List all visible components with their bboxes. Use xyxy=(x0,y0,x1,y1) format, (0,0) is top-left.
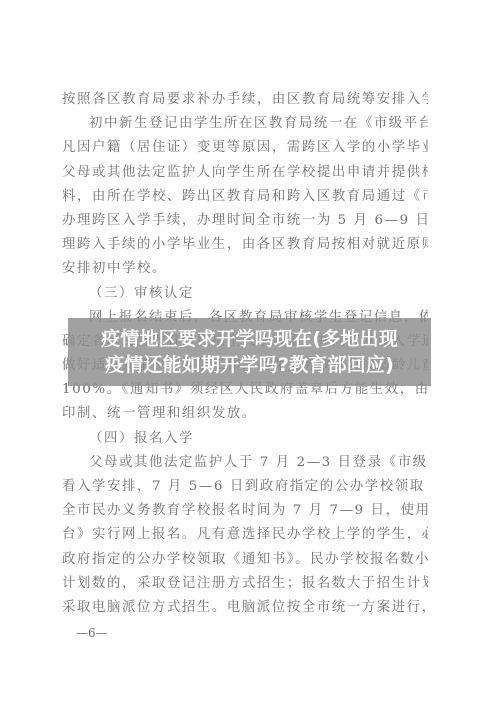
text-line: 台》实行网上报名。凡有意选择民办学校上学的学生，必须先到 xyxy=(62,523,428,547)
text-line: 办理跨区入学手续，办理时间全市统一为 5 月 6—9 日。对已办 xyxy=(62,209,428,233)
text-line: 安排初中学校。 xyxy=(62,257,428,281)
text-line: 全市民办义务教育学校报名时间为 7 月 7—9 日，使用《市级平 xyxy=(62,499,428,523)
headline-line-2: 疫情还能如期开学吗?教育部回应) xyxy=(105,352,394,378)
headline-line-1: 疫情地区要求开学吗现在(多地出现 xyxy=(101,326,398,352)
text-line: 采取电脑派位方式招生。电脑派位按全市统一方案进行，时间全 xyxy=(62,596,428,620)
text-line: 计划数的，采取登记注册方式招生；报名数大于招生计划数的， xyxy=(62,572,428,596)
page-number: —6— xyxy=(76,626,108,640)
text-line: 印制、统一管理和组织发放。 xyxy=(62,402,428,426)
section-heading-four: （四）报名入学 xyxy=(62,427,428,451)
text-line: 按照各区教育局要求补办手续，由区教育局统筹安排入学。 xyxy=(62,88,428,112)
text-line: 凡因户籍（居住证）变更等原因，需跨区入学的小学毕业生，其 xyxy=(62,136,428,160)
text-line: 父母或其他法定监护人于 7 月 2—3 日登录《市级平台》查 xyxy=(62,451,428,475)
text-line: 父母或其他法定监护人向学生所在学校提出申请并提供相关资 xyxy=(62,161,428,185)
document-page: 按照各区教育局要求补办手续，由区教育局统筹安排入学。 初中新生登记由学生所在区教… xyxy=(0,0,500,706)
section-heading-three: （三）审核认定 xyxy=(62,282,428,306)
text-line: 政府指定的公办学校领取《通知书》。民办学校报名数小于招生 xyxy=(62,548,428,572)
text-line: 看入学安排，7 月 5—6 日到政府指定的公办学校领取《通知书》。 xyxy=(62,475,428,499)
text-line: 料，由所在学校、跨出区教育局和跨入区教育局通过《市级平台》 xyxy=(62,185,428,209)
text-line: 理跨入手续的小学毕业生，由各区教育局按相对就近原则，统筹 xyxy=(62,233,428,257)
text-line: 初中新生登记由学生所在区教育局统一在《市级平台》完成。 xyxy=(62,112,428,136)
headline-overlay-banner: 疫情地区要求开学吗现在(多地出现 疫情还能如期开学吗?教育部回应) xyxy=(68,318,431,386)
